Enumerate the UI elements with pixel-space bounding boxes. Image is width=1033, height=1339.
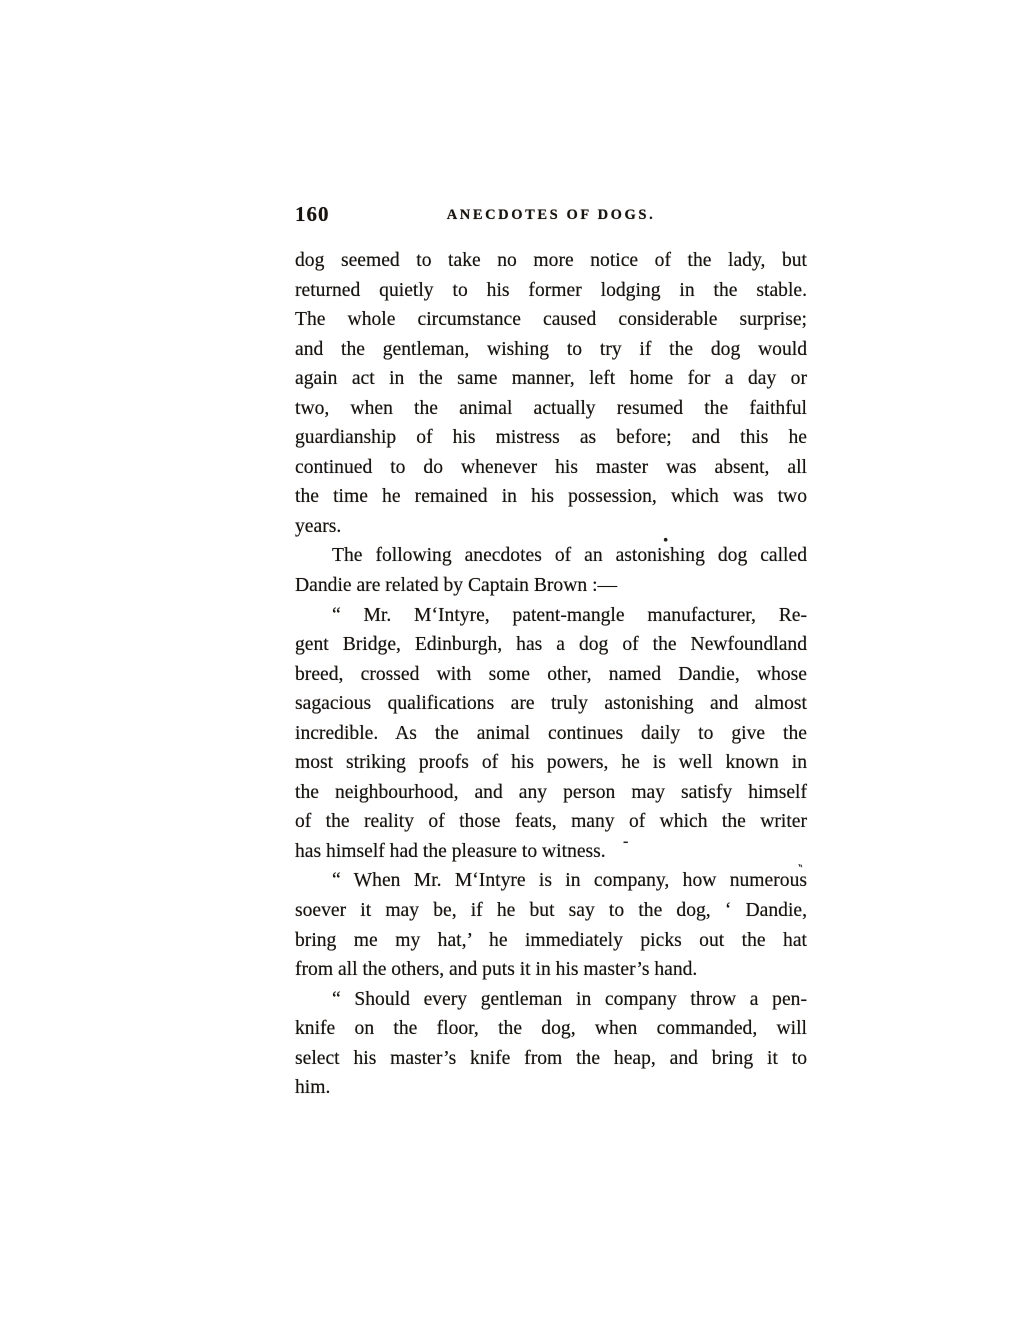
running-title: ANECDOTES OF DOGS. bbox=[295, 207, 807, 224]
text-line: and the gentleman, wishing to try if the… bbox=[295, 335, 807, 365]
text-line: Dandie are related by Captain Brown :— bbox=[295, 571, 807, 601]
text-line: from all the others, and puts it in his … bbox=[295, 955, 807, 985]
page-header: 160 ANECDOTES OF DOGS. bbox=[295, 202, 807, 234]
text-line: The whole circumstance caused considerab… bbox=[295, 305, 807, 335]
text-line: returned quietly to his former lodging i… bbox=[295, 276, 807, 306]
ink-speck-dash: - bbox=[623, 833, 628, 851]
ink-speck-dot: · bbox=[662, 527, 669, 553]
text-line: bring me my hat,’ he immediately picks o… bbox=[295, 926, 807, 956]
text-line: knife on the floor, the dog, when comman… bbox=[295, 1014, 807, 1044]
text-line: the time he remained in his possession, … bbox=[295, 482, 807, 512]
text-line: of the reality of those feats, many of w… bbox=[295, 807, 807, 837]
text-line: has himself had the pleasure to witness. bbox=[295, 837, 807, 867]
text-line: “ Should every gentleman in company thro… bbox=[295, 985, 807, 1015]
text-line: again act in the same manner, left home … bbox=[295, 364, 807, 394]
text-line: breed, crossed with some other, named Da… bbox=[295, 660, 807, 690]
text-line: soever it may be, if he but say to the d… bbox=[295, 896, 807, 926]
text-line: incredible. As the animal continues dail… bbox=[295, 719, 807, 749]
text-line: years. bbox=[295, 512, 807, 542]
book-page: 160 ANECDOTES OF DOGS. dog seemed to tak… bbox=[0, 0, 1033, 1339]
text-line: dog seemed to take no more notice of the… bbox=[295, 246, 807, 276]
text-line: most striking proofs of his powers, he i… bbox=[295, 748, 807, 778]
text-line: select his master’s knife from the heap,… bbox=[295, 1044, 807, 1074]
text-line: him. bbox=[295, 1073, 807, 1103]
text-line: gent Bridge, Edinburgh, has a dog of the… bbox=[295, 630, 807, 660]
text-line: “ Mr. M‘Intyre, patent-mangle manufactur… bbox=[295, 601, 807, 631]
text-line: The following anecdotes of an astonishin… bbox=[295, 541, 807, 571]
text-line: sagacious qualifications are truly aston… bbox=[295, 689, 807, 719]
text-line: the neighbourhood, and any person may sa… bbox=[295, 778, 807, 808]
text-line: guardianship of his mistress as before; … bbox=[295, 423, 807, 453]
text-line: two, when the animal actually resumed th… bbox=[295, 394, 807, 424]
text-line: continued to do whenever his master was … bbox=[295, 453, 807, 483]
text-line: “ When Mr. M‘Intyre is in company, how n… bbox=[295, 866, 807, 896]
text-block: dog seemed to take no more notice of the… bbox=[295, 246, 807, 1103]
